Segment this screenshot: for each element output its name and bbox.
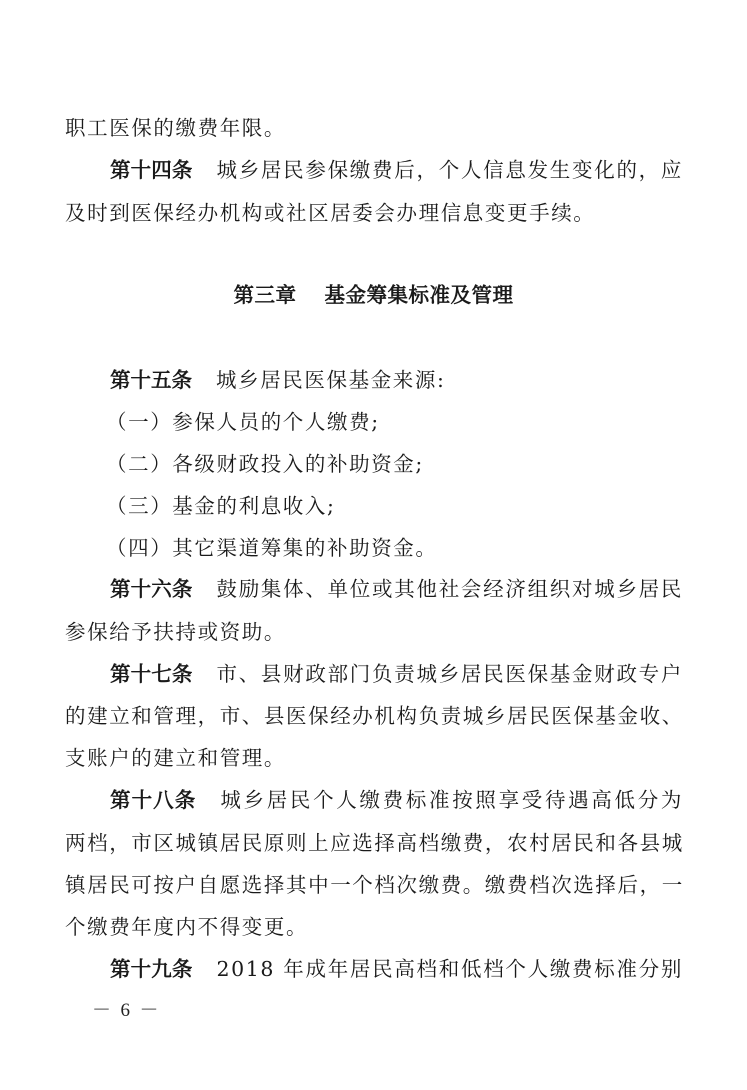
chapter-heading: 第三章基金筹集标准及管理 <box>0 283 747 307</box>
article-number: 第十六条 <box>110 577 192 601</box>
article-18-line-1: 第十八条城乡居民个人缴费标准按照享受待遇高低分为 <box>110 788 683 812</box>
article-text: 鼓励集体、单位或其他社会经济组织对城乡居民 <box>216 577 683 601</box>
article-16-line-1: 第十六条鼓励集体、单位或其他社会经济组织对城乡居民 <box>110 577 683 601</box>
article-14-line-2: 及时到医保经办机构或社区居委会办理信息变更手续。 <box>65 201 683 225</box>
article-18-line-2: 两档，市区城镇居民原则上应选择高档缴费，农村居民和各县城 <box>65 831 683 855</box>
article-18-line-3: 镇居民可按户自愿选择其中一个档次缴费。缴费档次选择后，一 <box>65 873 683 897</box>
article-number: 第十九条 <box>110 957 192 981</box>
list-item: （三）基金的利息收入; <box>106 494 683 518</box>
article-14-line-1: 第十四条城乡居民参保缴费后，个人信息发生变化的，应 <box>110 158 683 182</box>
article-18-line-4: 个缴费年度内不得变更。 <box>65 915 683 939</box>
article-number: 第十七条 <box>110 662 192 686</box>
article-17-line-2: 的建立和管理，市、县医保经办机构负责城乡居民医保基金收、 <box>65 704 683 728</box>
article-text: 城乡居民个人缴费标准按照享受待遇高低分为 <box>220 788 683 812</box>
page-number: － 6 － <box>92 1000 159 1022</box>
article-17-line-3: 支账户的建立和管理。 <box>65 746 683 770</box>
list-item: （二）各级财政投入的补助资金; <box>106 452 683 476</box>
article-number: 第十五条 <box>110 368 192 392</box>
article-number: 第十八条 <box>110 788 196 812</box>
chapter-number: 第三章 <box>234 283 297 307</box>
text-line: 职工医保的缴费年限。 <box>65 116 683 140</box>
article-text: 2018 年成年居民高档和低档个人缴费标准分别 <box>216 957 683 981</box>
article-text: 城乡居民医保基金来源: <box>216 368 446 392</box>
article-15-line-1: 第十五条城乡居民医保基金来源: <box>110 368 683 392</box>
article-number: 第十四条 <box>110 158 192 182</box>
article-text: 市、县财政部门负责城乡居民医保基金财政专户 <box>216 662 683 686</box>
document-page: 职工医保的缴费年限。 第十四条城乡居民参保缴费后，个人信息发生变化的，应 及时到… <box>0 0 747 1090</box>
list-item: （一）参保人员的个人缴费; <box>106 410 683 434</box>
chapter-title: 基金筹集标准及管理 <box>325 283 514 307</box>
article-19-line-1: 第十九条2018 年成年居民高档和低档个人缴费标准分别 <box>110 957 683 981</box>
article-text: 城乡居民参保缴费后，个人信息发生变化的，应 <box>216 158 683 182</box>
list-item: （四）其它渠道筹集的补助资金。 <box>106 536 683 560</box>
article-17-line-1: 第十七条市、县财政部门负责城乡居民医保基金财政专户 <box>110 662 683 686</box>
article-16-line-2: 参保给予扶持或资助。 <box>65 620 683 644</box>
